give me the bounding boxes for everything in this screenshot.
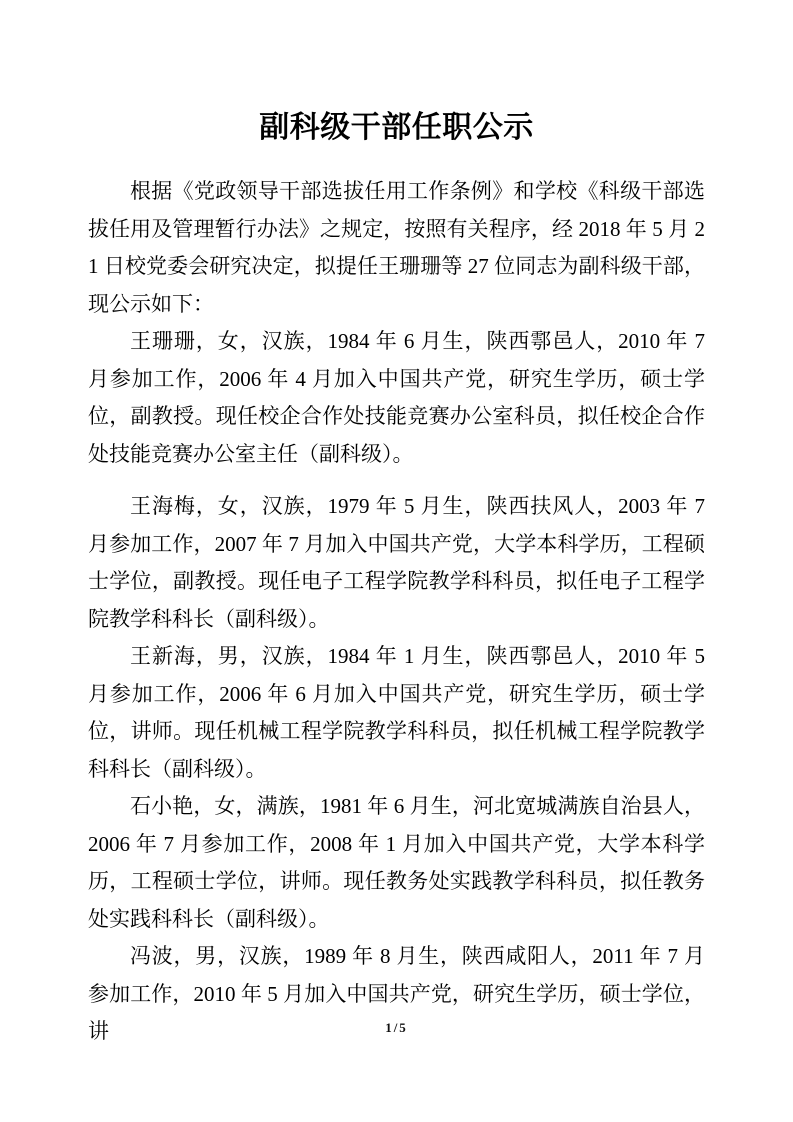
paragraph-wang-xinhai: 王新海，男，汉族，1984 年 1 月生，陕西鄠邑人，2010 年 5 月参加工… [88,638,705,788]
paragraph-intro: 根据《党政领导干部选拔任用工作条例》和学校《科级干部选拔任用及管理暂行办法》之规… [88,173,705,323]
paragraph-wang-haimei: 王海梅，女，汉族，1979 年 5 月生，陕西扶风人，2003 年 7 月参加工… [88,488,705,638]
paragraph-shi-xiaoyan: 石小艳，女，满族，1981 年 6 月生，河北宽城满族自治县人，2006 年 7… [88,788,705,938]
document-page: 副科级干部任职公示 根据《党政领导干部选拔任用工作条例》和学校《科级干部选拔任用… [0,0,793,1122]
page-number: 1/5 [0,1020,793,1036]
document-title: 副科级干部任职公示 [88,108,705,148]
paragraph-wang-shanshan: 王珊珊，女，汉族，1984 年 6 月生，陕西鄠邑人，2010 年 7 月参加工… [88,323,705,473]
document-content: 副科级干部任职公示 根据《党政领导干部选拔任用工作条例》和学校《科级干部选拔任用… [88,108,705,1051]
